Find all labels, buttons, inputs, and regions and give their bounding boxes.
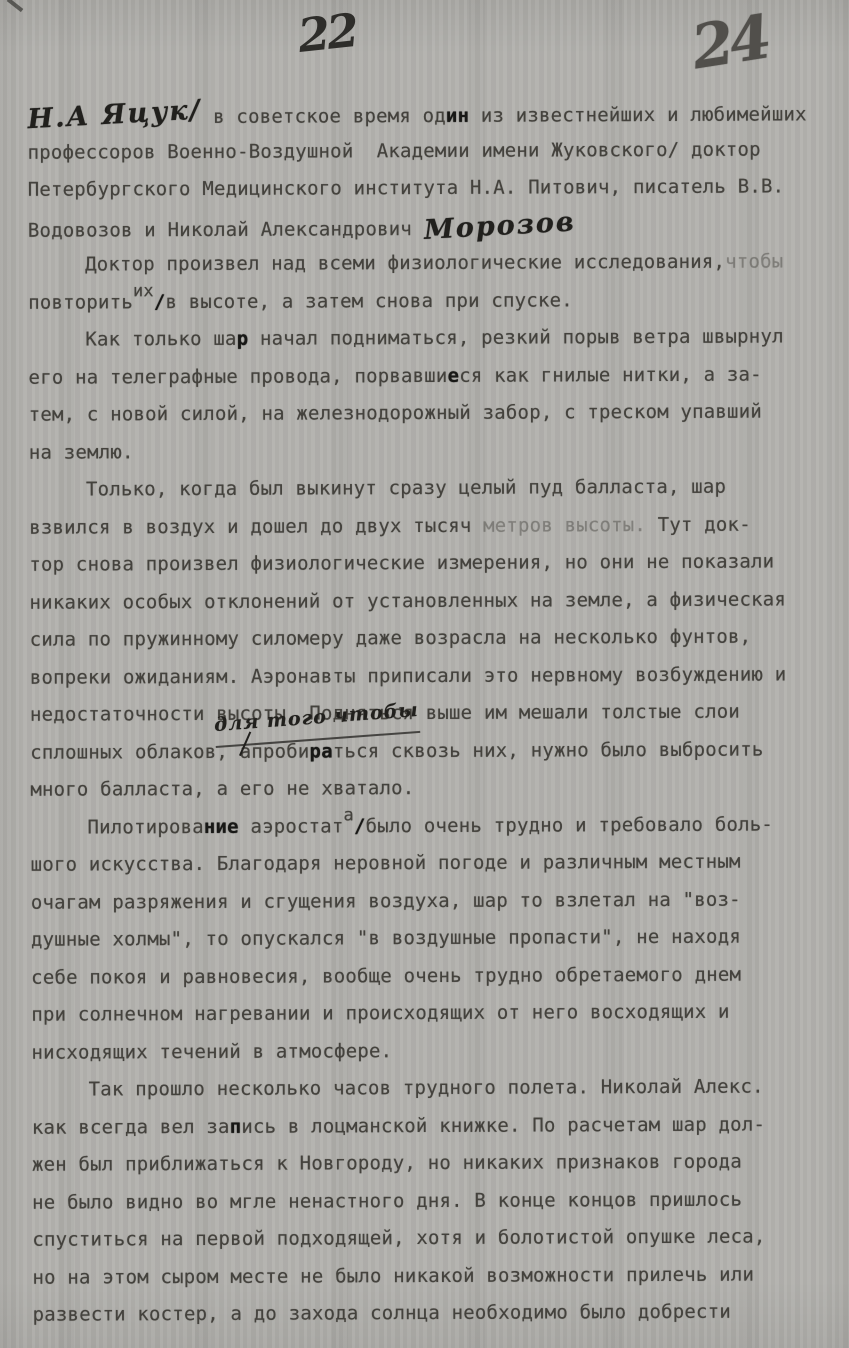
text-line: Как только шар начал подниматься, резкий… [28, 318, 823, 359]
typewritten-text: аэростат [239, 815, 344, 837]
typed-superscript-insertion: их [133, 281, 154, 301]
typewritten-text: вопреки ожиданиям. Аэронавты приписали э… [30, 663, 787, 688]
typewritten-text: Так прошло несколько часов трудного поле… [89, 1076, 764, 1101]
paragraph: Только, когда был выкинут сразу целый пу… [29, 468, 825, 809]
typewritten-text: развести костер, а до захода солнца необ… [33, 1301, 731, 1326]
text-line: взвился в воздух и дошел до двух тысяч м… [29, 506, 824, 547]
typewritten-text-faded: метров высоты. [483, 514, 646, 537]
typewritten-text: взвился в воздух и дошел до двух тысяч [29, 514, 483, 538]
typewritten-text-faded: чтобы [725, 250, 783, 272]
text-line: Пилотирование аэростата/было очень трудн… [30, 806, 825, 847]
typewritten-text: Доктор произвел над всеми физиологически… [85, 251, 725, 276]
typewritten-text: не было видно во мгле ненастного дня. В … [32, 1188, 742, 1213]
typewritten-text: было очень трудно и требовало боль- [366, 813, 773, 837]
ink-correction: п [230, 1115, 242, 1137]
typed-superscript-insertion: а [343, 805, 354, 825]
text-line: Н.А Яцук/ в советское время один из изве… [27, 93, 822, 134]
handwritten-insert-phrase: для того чтобыа [240, 740, 252, 762]
typewritten-text: сила по пружинному силомеру даже возрасл… [30, 626, 752, 651]
typewritten-text: ись в лоцманской книжке. По расчетам шар… [241, 1113, 765, 1137]
text-line: Так прошло несколько часов трудного поле… [32, 1068, 827, 1109]
typewritten-text: повторить [28, 291, 133, 313]
ink-correction: р [237, 328, 249, 350]
text-line: вопреки ожиданиям. Аэронавты приписали э… [30, 656, 825, 697]
text-line: никаких особых отклонений от установленн… [29, 581, 824, 622]
paragraph: Н.А Яцук/ в советское время один из изве… [27, 93, 823, 246]
typewritten-text: при солнечном нагревании и происходящих … [31, 1001, 729, 1026]
typewritten-text: ся как гнилые нитки, а за- [459, 363, 762, 386]
typewritten-text: в высоте, а затем снова при спуске. [165, 289, 572, 313]
text-line: при солнечном нагревании и происходящих … [31, 993, 826, 1034]
typewritten-text: Пилотирова [87, 815, 203, 838]
paragraph: Как только шар начал подниматься, резкий… [28, 318, 824, 471]
typewritten-text: душные холмы", то опускался "в воздушные… [31, 926, 741, 951]
typewritten-text: спуститься на первой подходящей, хотя и … [32, 1226, 765, 1251]
text-line: Только, когда был выкинут сразу целый пу… [29, 468, 824, 509]
typewritten-text: очагам разряжения и сгущения воздуха, ша… [31, 888, 741, 913]
text-line: Петербургского Медицинского института Н.… [28, 168, 823, 209]
text-line: спуститься на первой подходящей, хотя и … [32, 1218, 827, 1259]
typewritten-text: ться сквозь них, нужно было выбросить [333, 738, 764, 762]
text-line: много балласта, а его не хватало. [30, 768, 825, 809]
typewritten-text: начал подниматься, резкий порыв ветра шв… [248, 325, 783, 349]
ink-correction: е [447, 364, 459, 386]
typewritten-text: Водовозов и Николай Александрович [28, 218, 424, 242]
paragraph: Пилотирование аэростата/было очень трудн… [30, 806, 826, 1072]
text-line: но на этом сыром месте не было никакой в… [32, 1256, 827, 1297]
scanned-typescript-page: 22 24 Н.А Яцук/ в советское время один и… [0, 0, 849, 1348]
typewritten-text: шого искусства. Благодаря неровной погод… [31, 851, 741, 876]
typewritten-text: тем, с новой силой, на железнодорожный з… [29, 401, 762, 426]
paragraph: Доктор произвел над всеми физиологически… [28, 243, 823, 321]
typewritten-text: сплошных облаков, [30, 740, 240, 763]
typewritten-text: но на этом сыром месте не было никакой в… [32, 1263, 754, 1288]
paragraph: Так прошло несколько часов трудного поле… [32, 1068, 828, 1334]
typewritten-text: его на телеграфные провода, порвавши [28, 364, 447, 388]
text-line: его на телеграфные провода, порвавшиеся … [28, 356, 823, 397]
typewritten-text: профессоров Военно-Воздушной Академии им… [27, 138, 760, 163]
text-line: тор снова произвел физиологические измер… [29, 543, 824, 584]
text-line: сила по пружинному силомеру даже возрасл… [30, 618, 825, 659]
typewritten-text: тор снова произвел физиологические измер… [29, 550, 774, 575]
handwritten-ink: Морозов [423, 203, 577, 249]
typewritten-text: как всегда вел за [32, 1115, 230, 1138]
ink-correction: ра [309, 740, 332, 762]
typewritten-text: много балласта, а его не хватало. [30, 777, 414, 801]
typewritten-text: Петербургского Медицинского института Н.… [28, 175, 785, 200]
typewritten-text: себе покоя и равновесия, вообще очень тр… [31, 963, 741, 988]
handwritten-page-number-center: 22 [295, 3, 358, 63]
ink-correction: / [354, 815, 366, 837]
typescript-text-body: Н.А Яцук/ в советское время один из изве… [27, 93, 827, 1334]
typewritten-text: из известнейших и любимейших [469, 103, 807, 126]
text-line: нисходящих течений в атмосфере. [31, 1031, 826, 1072]
text-line: себе покоя и равновесия, вообще очень тр… [31, 956, 826, 997]
text-line: недостаточности высоты. Подняться выше и… [30, 693, 825, 734]
text-line: душные холмы", то опускался "в воздушные… [31, 918, 826, 959]
text-line: развести костер, а до захода солнца необ… [33, 1293, 828, 1334]
text-line: сплошных облаков, для того чтобыапробира… [30, 731, 825, 772]
text-line: шого искусства. Благодаря неровной погод… [31, 843, 826, 884]
typewritten-text: на землю. [29, 441, 134, 463]
text-line: на землю. [29, 431, 824, 472]
ink-correction: / [154, 291, 166, 313]
text-line: Водовозов и Николай Александрович Морозо… [28, 206, 823, 247]
text-line: тем, с новой силой, на железнодорожный з… [29, 393, 824, 434]
handwritten-ink: Н.А Яцук/ [26, 91, 202, 138]
handwritten-page-number-corner: 24 [687, 3, 773, 84]
text-line: профессоров Военно-Воздушной Академии им… [27, 131, 822, 172]
ink-correction: ние [204, 815, 239, 837]
typewritten-text: Только, когда был выкинут сразу целый пу… [86, 476, 726, 501]
text-line: не было видно во мгле ненастного дня. В … [32, 1181, 827, 1222]
text-line: жен был приближаться к Новгороду, но ник… [32, 1143, 827, 1184]
typewritten-text: Как только ша [85, 328, 236, 351]
typewritten-text: жен был приближаться к Новгороду, но ник… [32, 1151, 742, 1176]
text-line: как всегда вел запись в лоцманской книжк… [32, 1106, 827, 1147]
typewritten-text: в советское время од [201, 105, 446, 128]
typewritten-text: Тут док- [646, 513, 751, 535]
text-line: повторитьих/в высоте, а затем снова при … [28, 281, 823, 322]
typewritten-text: никаких особых отклонений от установленн… [29, 588, 786, 613]
text-line: очагам разряжения и сгущения воздуха, ша… [31, 881, 826, 922]
ink-correction: ин [446, 105, 469, 127]
struck-typed-char: а [240, 733, 252, 771]
typewritten-text: нисходящих течений в атмосфере. [31, 1040, 392, 1064]
